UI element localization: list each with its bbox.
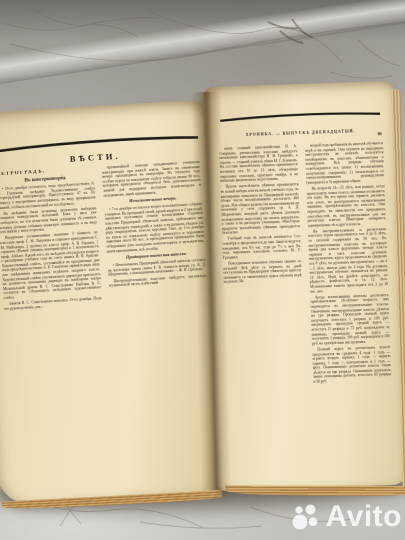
avito-watermark: Avito	[291, 502, 402, 532]
paragraph: Повседневное вокальное обученіе связано …	[223, 259, 302, 285]
column-text: • 16-го декабря состоялось, подъ предсѣд…	[0, 182, 102, 312]
column-text: • 7-го декабря состоялось второе исполни…	[104, 202, 205, 254]
right-page-top-rule	[218, 109, 382, 122]
right-page: ХРОНИКА. — ВЫПУСКЪ ДВЕНАДЦАТЫЙ. 89 нашъ …	[203, 81, 405, 491]
paragraph: Полный курсъ въ регентскомъ классѣ продо…	[312, 345, 391, 384]
column-text: • Начальникомъ Придворной пѣвческой капе…	[108, 258, 207, 288]
running-head: ХРОНИКА. — ВЫПУСКЪ ДВЕНАДЦАТЫЙ.	[246, 129, 356, 137]
avito-logo-icon	[291, 503, 321, 531]
watermark-label: Avito	[326, 502, 402, 532]
book-photo: ВѢСТИ. ПЕТРОГРАДЪ. Въ консерваторіи. • 1…	[0, 0, 405, 540]
paragraph: второй годъ пребыванія въ капеллѣ обучаю…	[305, 141, 384, 185]
paragraph: Выдержали установленные экзамены 3 піани…	[0, 231, 102, 301]
right-page-columns: нашъ главный капельмейстеръ И. А. Смирно…	[219, 141, 392, 401]
paragraph: Въ инструментальныхъ и регентскихъ класс…	[308, 227, 388, 294]
left-page-column-1: ПЕТРОГРАДЪ. Въ консерваторіи. • 16-го де…	[0, 166, 107, 396]
right-page-column-2: второй годъ пребыванія въ капеллѣ обучаю…	[305, 141, 392, 398]
right-page-column-1: нашъ главный капельмейстеръ И. А. Смирно…	[219, 144, 306, 401]
paragraph: нашъ главный капельмейстеръ И. А. Смирно…	[219, 144, 298, 183]
paragraph: • 7-го декабря состоялось второе исполни…	[104, 202, 205, 254]
page-number: 89	[377, 131, 381, 136]
paragraph: чрезвычайной помощи нуждающимся ученикам…	[102, 160, 202, 198]
paragraph: Въ возрастѣ 14—15 лѣтъ, или раньше, когд…	[307, 184, 386, 228]
paragraph: Пріемъ малолѣтнихъ пѣвчихъ производится …	[220, 183, 300, 236]
paragraph: Когда воспитанники капеллы достигаютъ пр…	[310, 293, 390, 346]
paragraph: Учебный годъ въ капеллѣ начинается 1-го …	[222, 235, 301, 261]
column-text: чрезвычайной помощи нуждающимся ученикам…	[102, 160, 202, 198]
left-page-columns: ПЕТРОГРАДЪ. Въ консерваторіи. • 16-го де…	[0, 160, 213, 396]
running-head-row: ХРОНИКА. — ВЫПУСКЪ ДВЕНАДЦАТЫЙ. 89	[218, 109, 383, 142]
